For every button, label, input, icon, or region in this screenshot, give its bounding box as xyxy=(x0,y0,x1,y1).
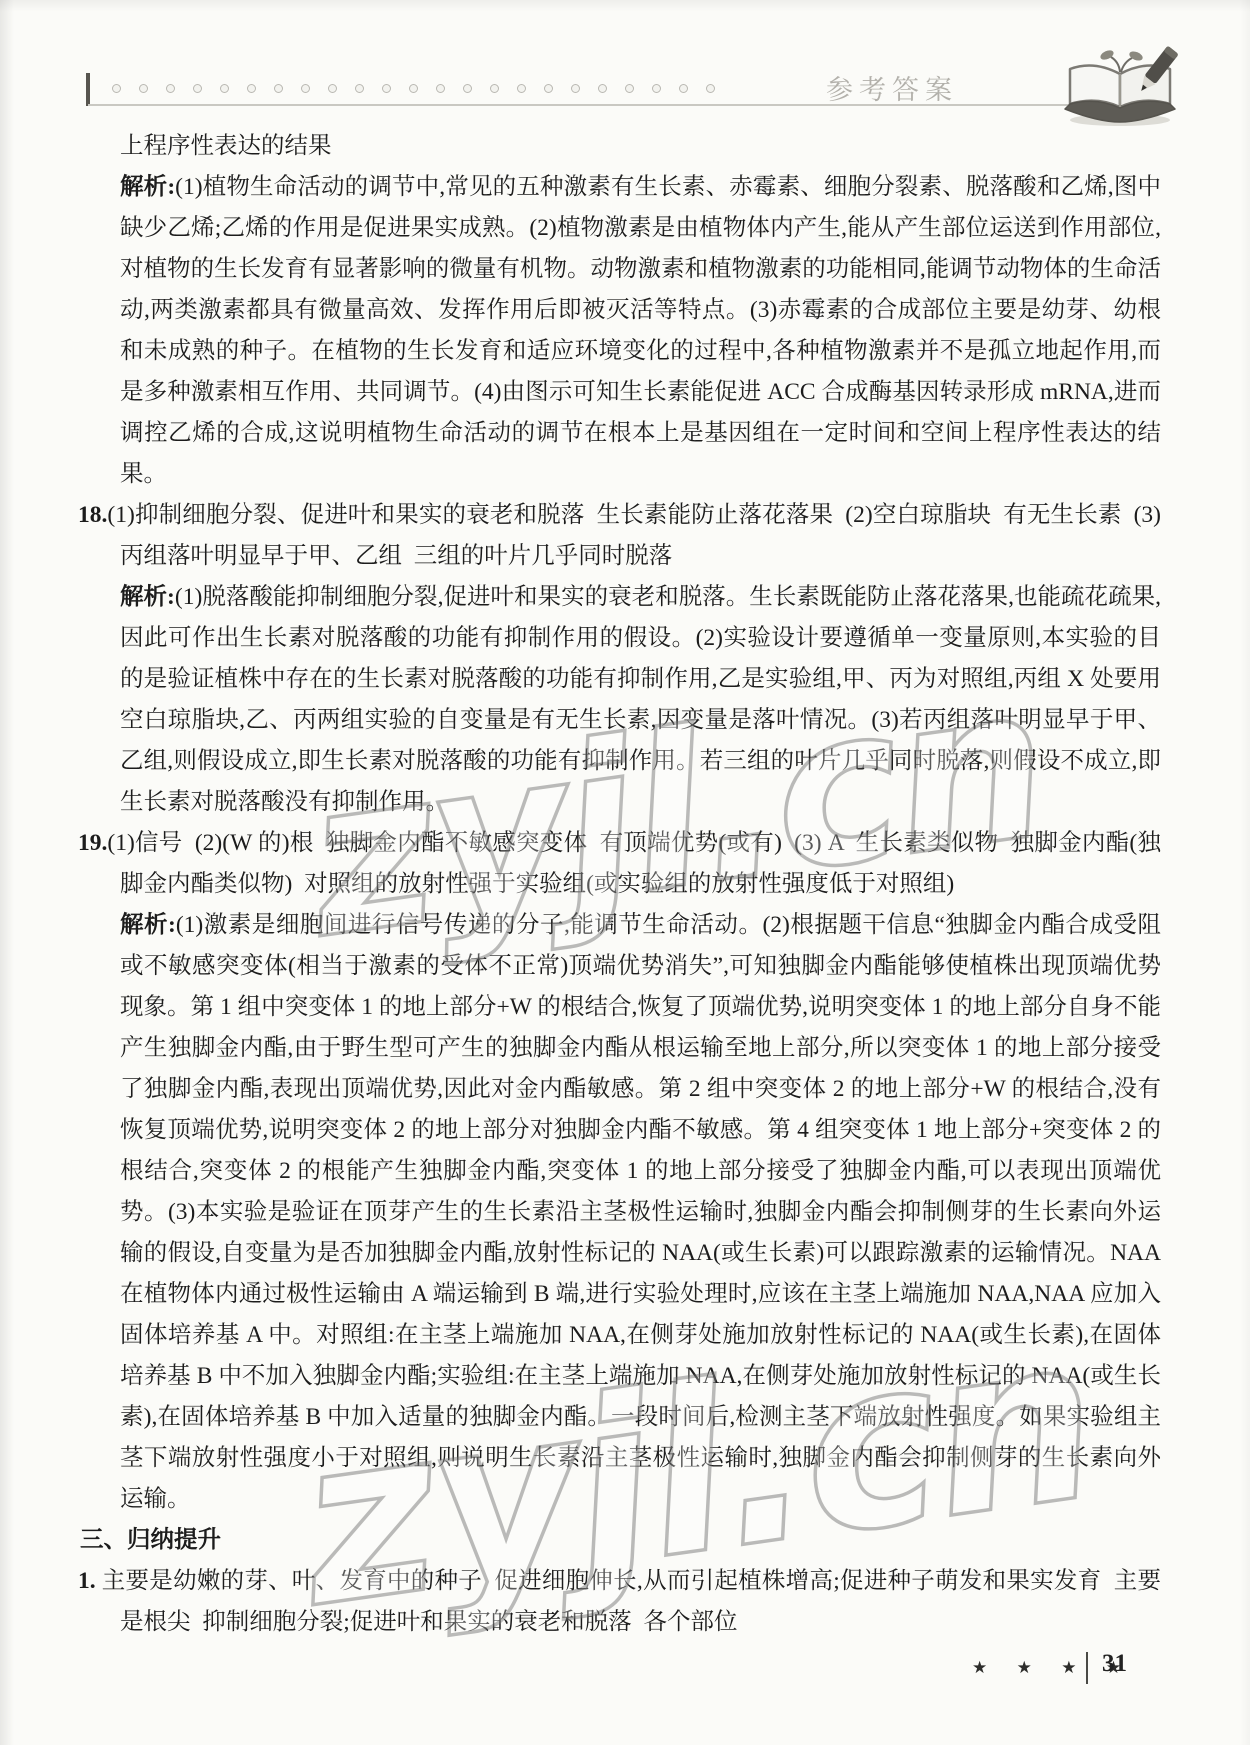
header-dot xyxy=(436,84,445,93)
text-paragraph: 上程序性表达的结果 xyxy=(78,126,1161,167)
header-dot xyxy=(166,84,175,93)
header-dot xyxy=(463,84,472,93)
header-dot xyxy=(652,84,661,93)
header-dot xyxy=(112,84,121,93)
analysis-paragraph: 解析:(1)脱落酸能抑制细胞分裂,促进叶和果实的衰老和脱落。生长素既能防止落花落… xyxy=(78,577,1161,823)
analysis-paragraph: 解析:(1)植物生命活动的调节中,常见的五种激素有生长素、赤霉素、细胞分裂素、脱… xyxy=(78,167,1161,495)
page-title: 参考答案 xyxy=(826,68,958,107)
header-dot xyxy=(139,84,148,93)
header-dot xyxy=(679,84,688,93)
header-dot xyxy=(274,84,283,93)
header-dot xyxy=(193,84,202,93)
answer-item: 1. 主要是幼嫩的芽、叶、发育中的种子 促进细胞伸长,从而引起植株增高;促进种子… xyxy=(78,1561,1161,1643)
header-dot xyxy=(355,84,364,93)
header-dot xyxy=(247,84,256,93)
item-number: 1. xyxy=(78,1568,96,1594)
header-dot xyxy=(571,84,580,93)
header-dot xyxy=(544,84,553,93)
header-left-tick xyxy=(86,73,90,106)
analysis-label: 解析: xyxy=(120,584,175,610)
header-dot xyxy=(328,84,337,93)
footer-divider xyxy=(1086,1652,1088,1684)
header-dot xyxy=(625,84,634,93)
item-number: 19. xyxy=(78,830,107,856)
header-dot xyxy=(382,84,391,93)
item-number: 18. xyxy=(78,502,107,528)
header-dot xyxy=(409,84,418,93)
analysis-paragraph: 解析:(1)激素是细胞间进行信号传递的分子,能调节生命活动。(2)根据题干信息“… xyxy=(78,905,1161,1520)
book-sprout-pencil-icon xyxy=(1048,38,1198,130)
analysis-label: 解析: xyxy=(120,174,175,200)
section-heading: 三、归纳提升 xyxy=(78,1520,1161,1561)
answer-item: 19.(1)信号 (2)(W 的)根 独脚金内酯不敏感突变体 有顶端优势(或有)… xyxy=(78,823,1161,905)
header-dot xyxy=(301,84,310,93)
analysis-label: 解析: xyxy=(120,912,176,938)
header-dot xyxy=(517,84,526,93)
answer-item: 18.(1)抑制细胞分裂、促进叶和果实的衰老和脱落 生长素能防止落花落果 (2)… xyxy=(78,495,1161,577)
header-dot xyxy=(706,84,715,93)
header-dot-row xyxy=(112,84,715,93)
header-dot xyxy=(598,84,607,93)
header-dot xyxy=(220,84,229,93)
header-rule-line xyxy=(88,104,1158,106)
header-dot xyxy=(490,84,499,93)
page-number: 31 xyxy=(1102,1650,1127,1678)
scanned-answer-page: 参考答案 上程序性表达的结果解析:(1)植物生命活动的调节中,常见的五种激素有生… xyxy=(0,0,1250,1745)
content: 上程序性表达的结果解析:(1)植物生命活动的调节中,常见的五种激素有生长素、赤霉… xyxy=(78,126,1161,1643)
